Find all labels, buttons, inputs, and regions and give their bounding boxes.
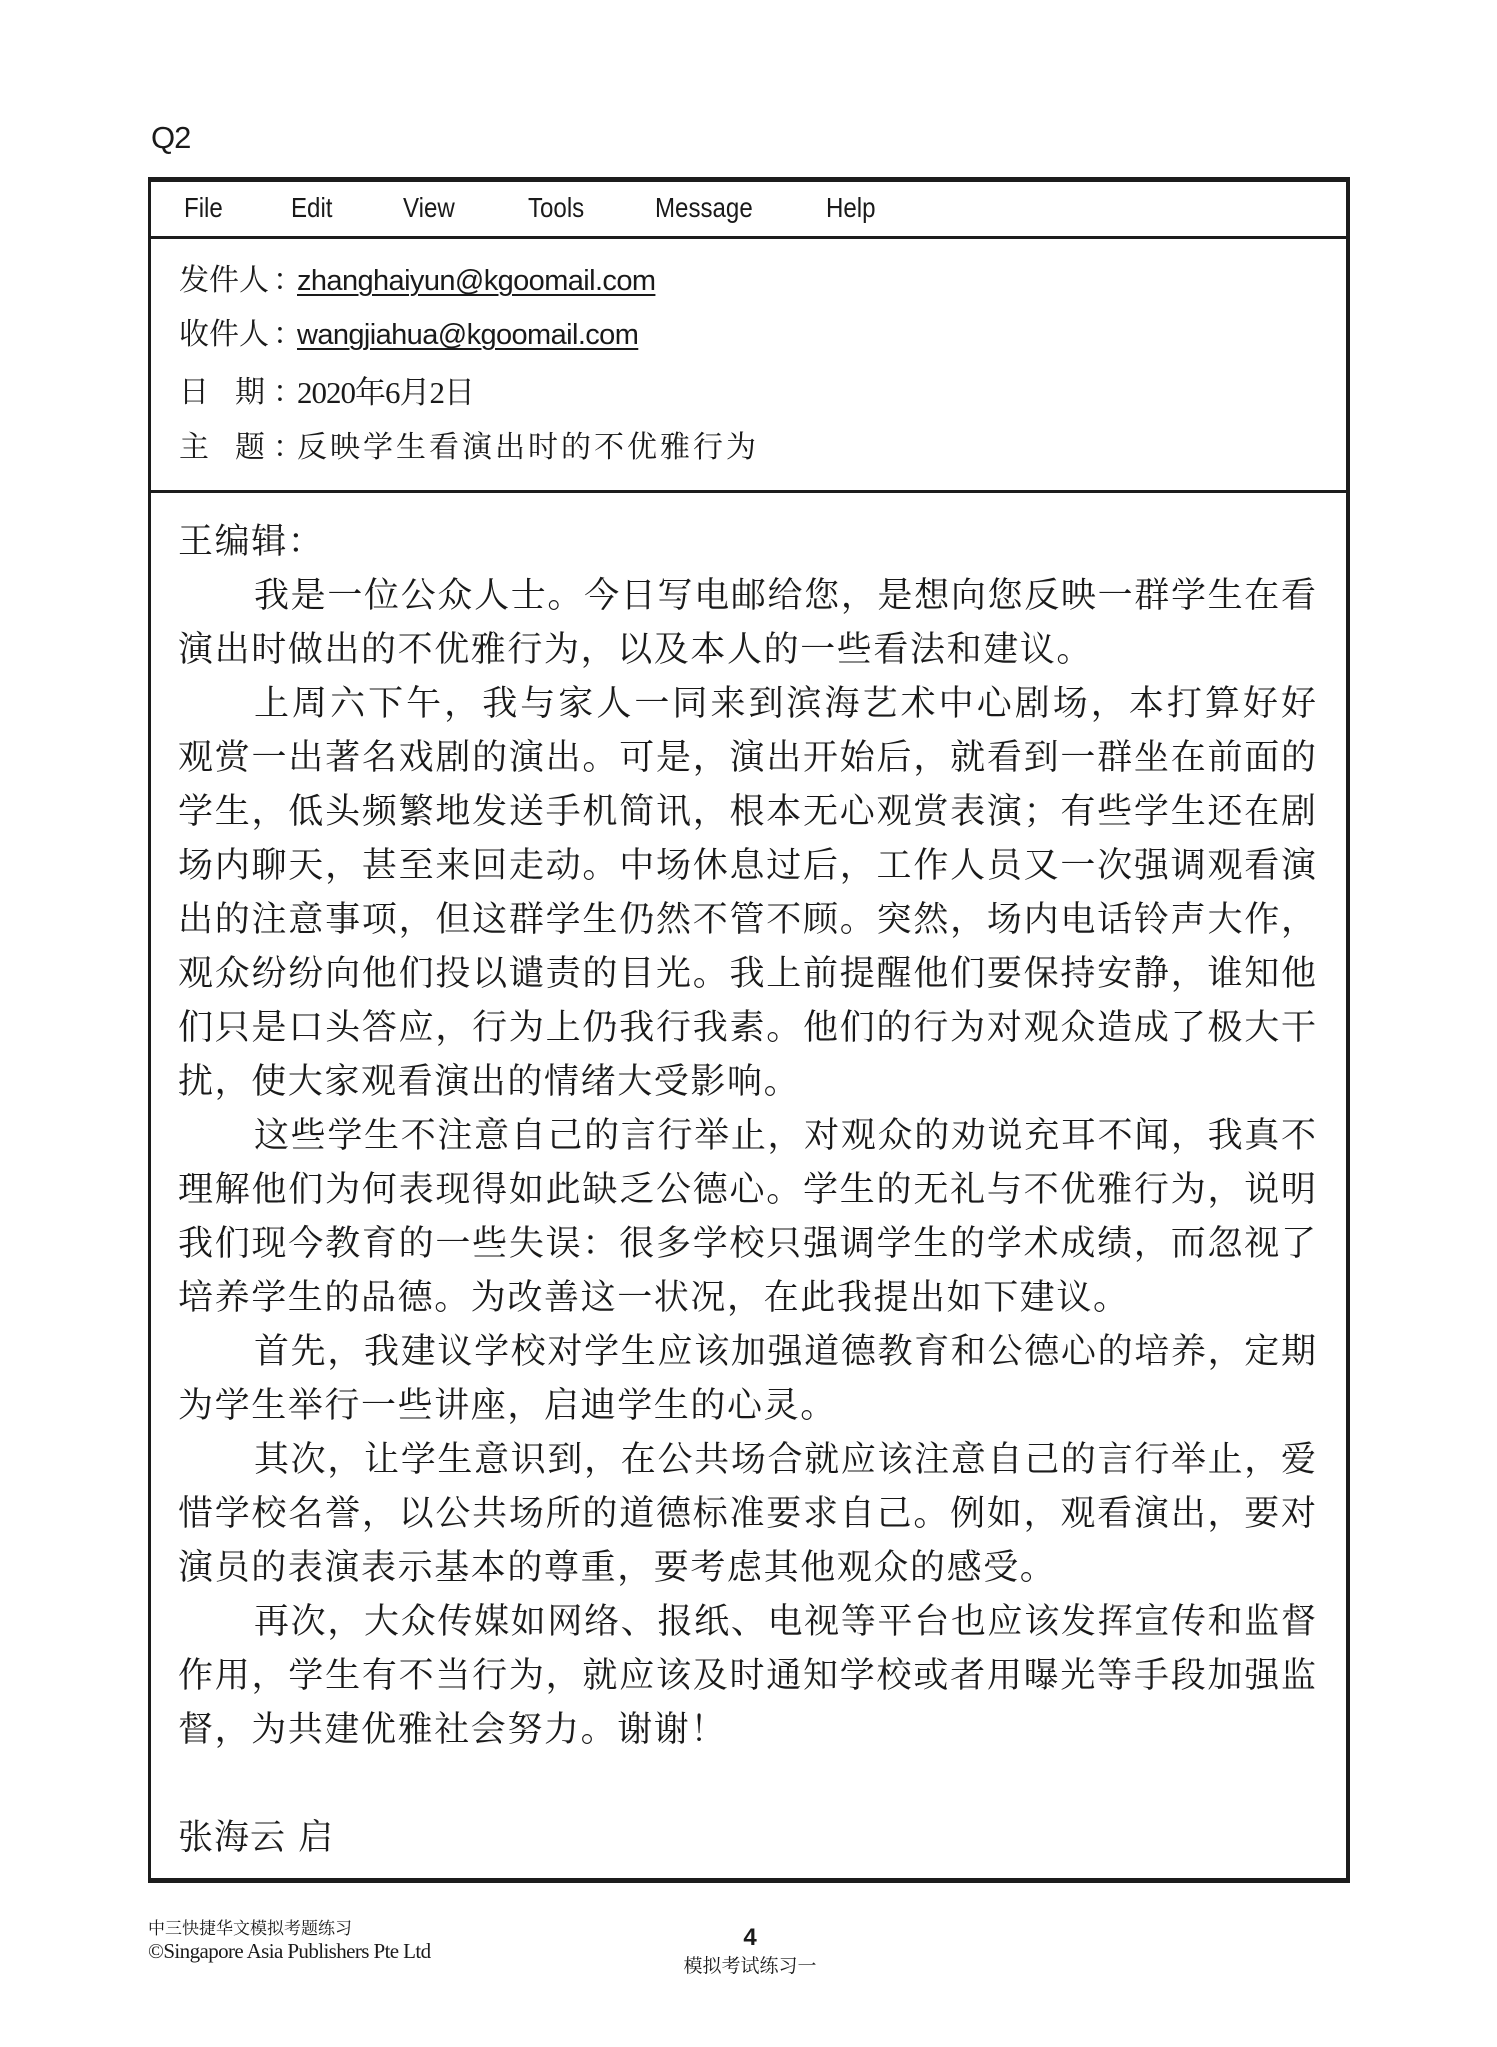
menu-message[interactable]: Message (655, 190, 753, 226)
menu-file[interactable]: File (184, 190, 223, 226)
copyright: ©Singapore Asia Publishers Pte Ltd (148, 1940, 431, 1962)
body-line: 们只是口头答应，行为上仍我行我素。他们的行为对观众造成了极大干 (178, 1001, 1316, 1055)
footer-center: 4 模拟考试练习一 (648, 1924, 852, 1980)
menu-bar: File Edit View Tools Message Help (151, 182, 1346, 239)
body-line: 作用，学生有不当行为，就应该及时通知学校或者用曝光等手段加强监 (178, 1649, 1316, 1703)
body-line: 为学生举行一些讲座，启迪学生的心灵。 (178, 1379, 1316, 1433)
body-line: 其次，让学生意识到，在公共场合就应该注意自己的言行举止，爱 (178, 1433, 1316, 1487)
body-line: 再次，大众传媒如网络、报纸、电视等平台也应该发挥宣传和监督 (178, 1595, 1316, 1649)
body-line: 演员的表演表示基本的尊重，要考虑其他观众的感受。 (178, 1541, 1316, 1595)
footer-left: 中三快捷华文模拟考题练习 ©Singapore Asia Publishers … (148, 1918, 431, 1962)
book-series-title: 中三快捷华文模拟考题练习 (148, 1918, 431, 1940)
question-label: Q2 (151, 120, 190, 156)
body-line: 督，为共建优雅社会努力。谢谢！ (178, 1703, 1316, 1757)
body-line: 首先，我建议学校对学生应该加强道德教育和公德心的培养，定期 (178, 1325, 1316, 1379)
body-line: 观众纷纷向他们投以谴责的目光。我上前提醒他们要保持安静，谁知他 (178, 947, 1316, 1001)
body-line: 这些学生不注意自己的言行举止，对观众的劝说充耳不闻，我真不 (178, 1109, 1316, 1163)
menu-view[interactable]: View (403, 190, 455, 226)
body-line: 场内聊天，甚至来回走动。中场休息过后，工作人员又一次强调观看演 (178, 839, 1316, 893)
subject-value: 反映学生看演出时的不优雅行为 (297, 428, 759, 468)
greeting: 王编辑： (178, 515, 1316, 569)
body-line: 观赏一出著名戏剧的演出。可是，演出开始后，就看到一群坐在前面的 (178, 731, 1316, 785)
sender-email-link[interactable]: zhanghaiyun@kgoomail.com (297, 261, 655, 301)
body-line: 学生，低头频繁地发送手机简讯，根本无心观赏表演；有些学生还在剧 (178, 785, 1316, 839)
body-line: 扰，使大家观看演出的情绪大受影响。 (178, 1055, 1316, 1109)
body-line: 演出时做出的不优雅行为，以及本人的一些看法和建议。 (178, 623, 1316, 677)
section-title: 模拟考试练习一 (648, 1952, 852, 1980)
body-line: 惜学校名誉，以公共场所的道德标准要求自己。例如，观看演出，要对 (178, 1487, 1316, 1541)
body-line: 培养学生的品德。为改善这一状况，在此我提出如下建议。 (178, 1271, 1316, 1325)
body-line: 我是一位公众人士。今日写电邮给您，是想向您反映一群学生在看 (178, 569, 1316, 623)
body-line: 理解他们为何表现得如此缺乏公德心。学生的无礼与不优雅行为，说明 (178, 1163, 1316, 1217)
recipient-email-link[interactable]: wangjiahua@kgoomail.com (297, 315, 638, 355)
menu-edit[interactable]: Edit (291, 190, 332, 226)
email-window: File Edit View Tools Message Help 发件人 ： … (148, 177, 1350, 1883)
body-text: 王编辑： 我是一位公众人士。今日写电邮给您，是想向您反映一群学生在看演出时做出的… (178, 515, 1316, 1757)
body-line: 出的注意事项，但这群学生仍然不管不顾。突然，场内电话铃声大作， (178, 893, 1316, 947)
body-line: 我们现今教育的一些失误：很多学校只强调学生的学术成绩，而忽视了 (178, 1217, 1316, 1271)
body-line: 上周六下午，我与家人一同来到滨海艺术中心剧场，本打算好好 (178, 677, 1316, 731)
page-number: 4 (648, 1924, 852, 1952)
email-body: 王编辑： 我是一位公众人士。今日写电邮给您，是想向您反映一群学生在看演出时做出的… (151, 493, 1346, 1878)
signature: 张海云 启 (178, 1811, 334, 1865)
date-value: 2020年6月2日 (297, 373, 474, 413)
menu-help[interactable]: Help (826, 190, 876, 226)
email-header: 发件人 ： zhanghaiyun@kgoomail.com 收件人 ： wan… (151, 239, 1346, 493)
menu-tools[interactable]: Tools (528, 190, 584, 226)
